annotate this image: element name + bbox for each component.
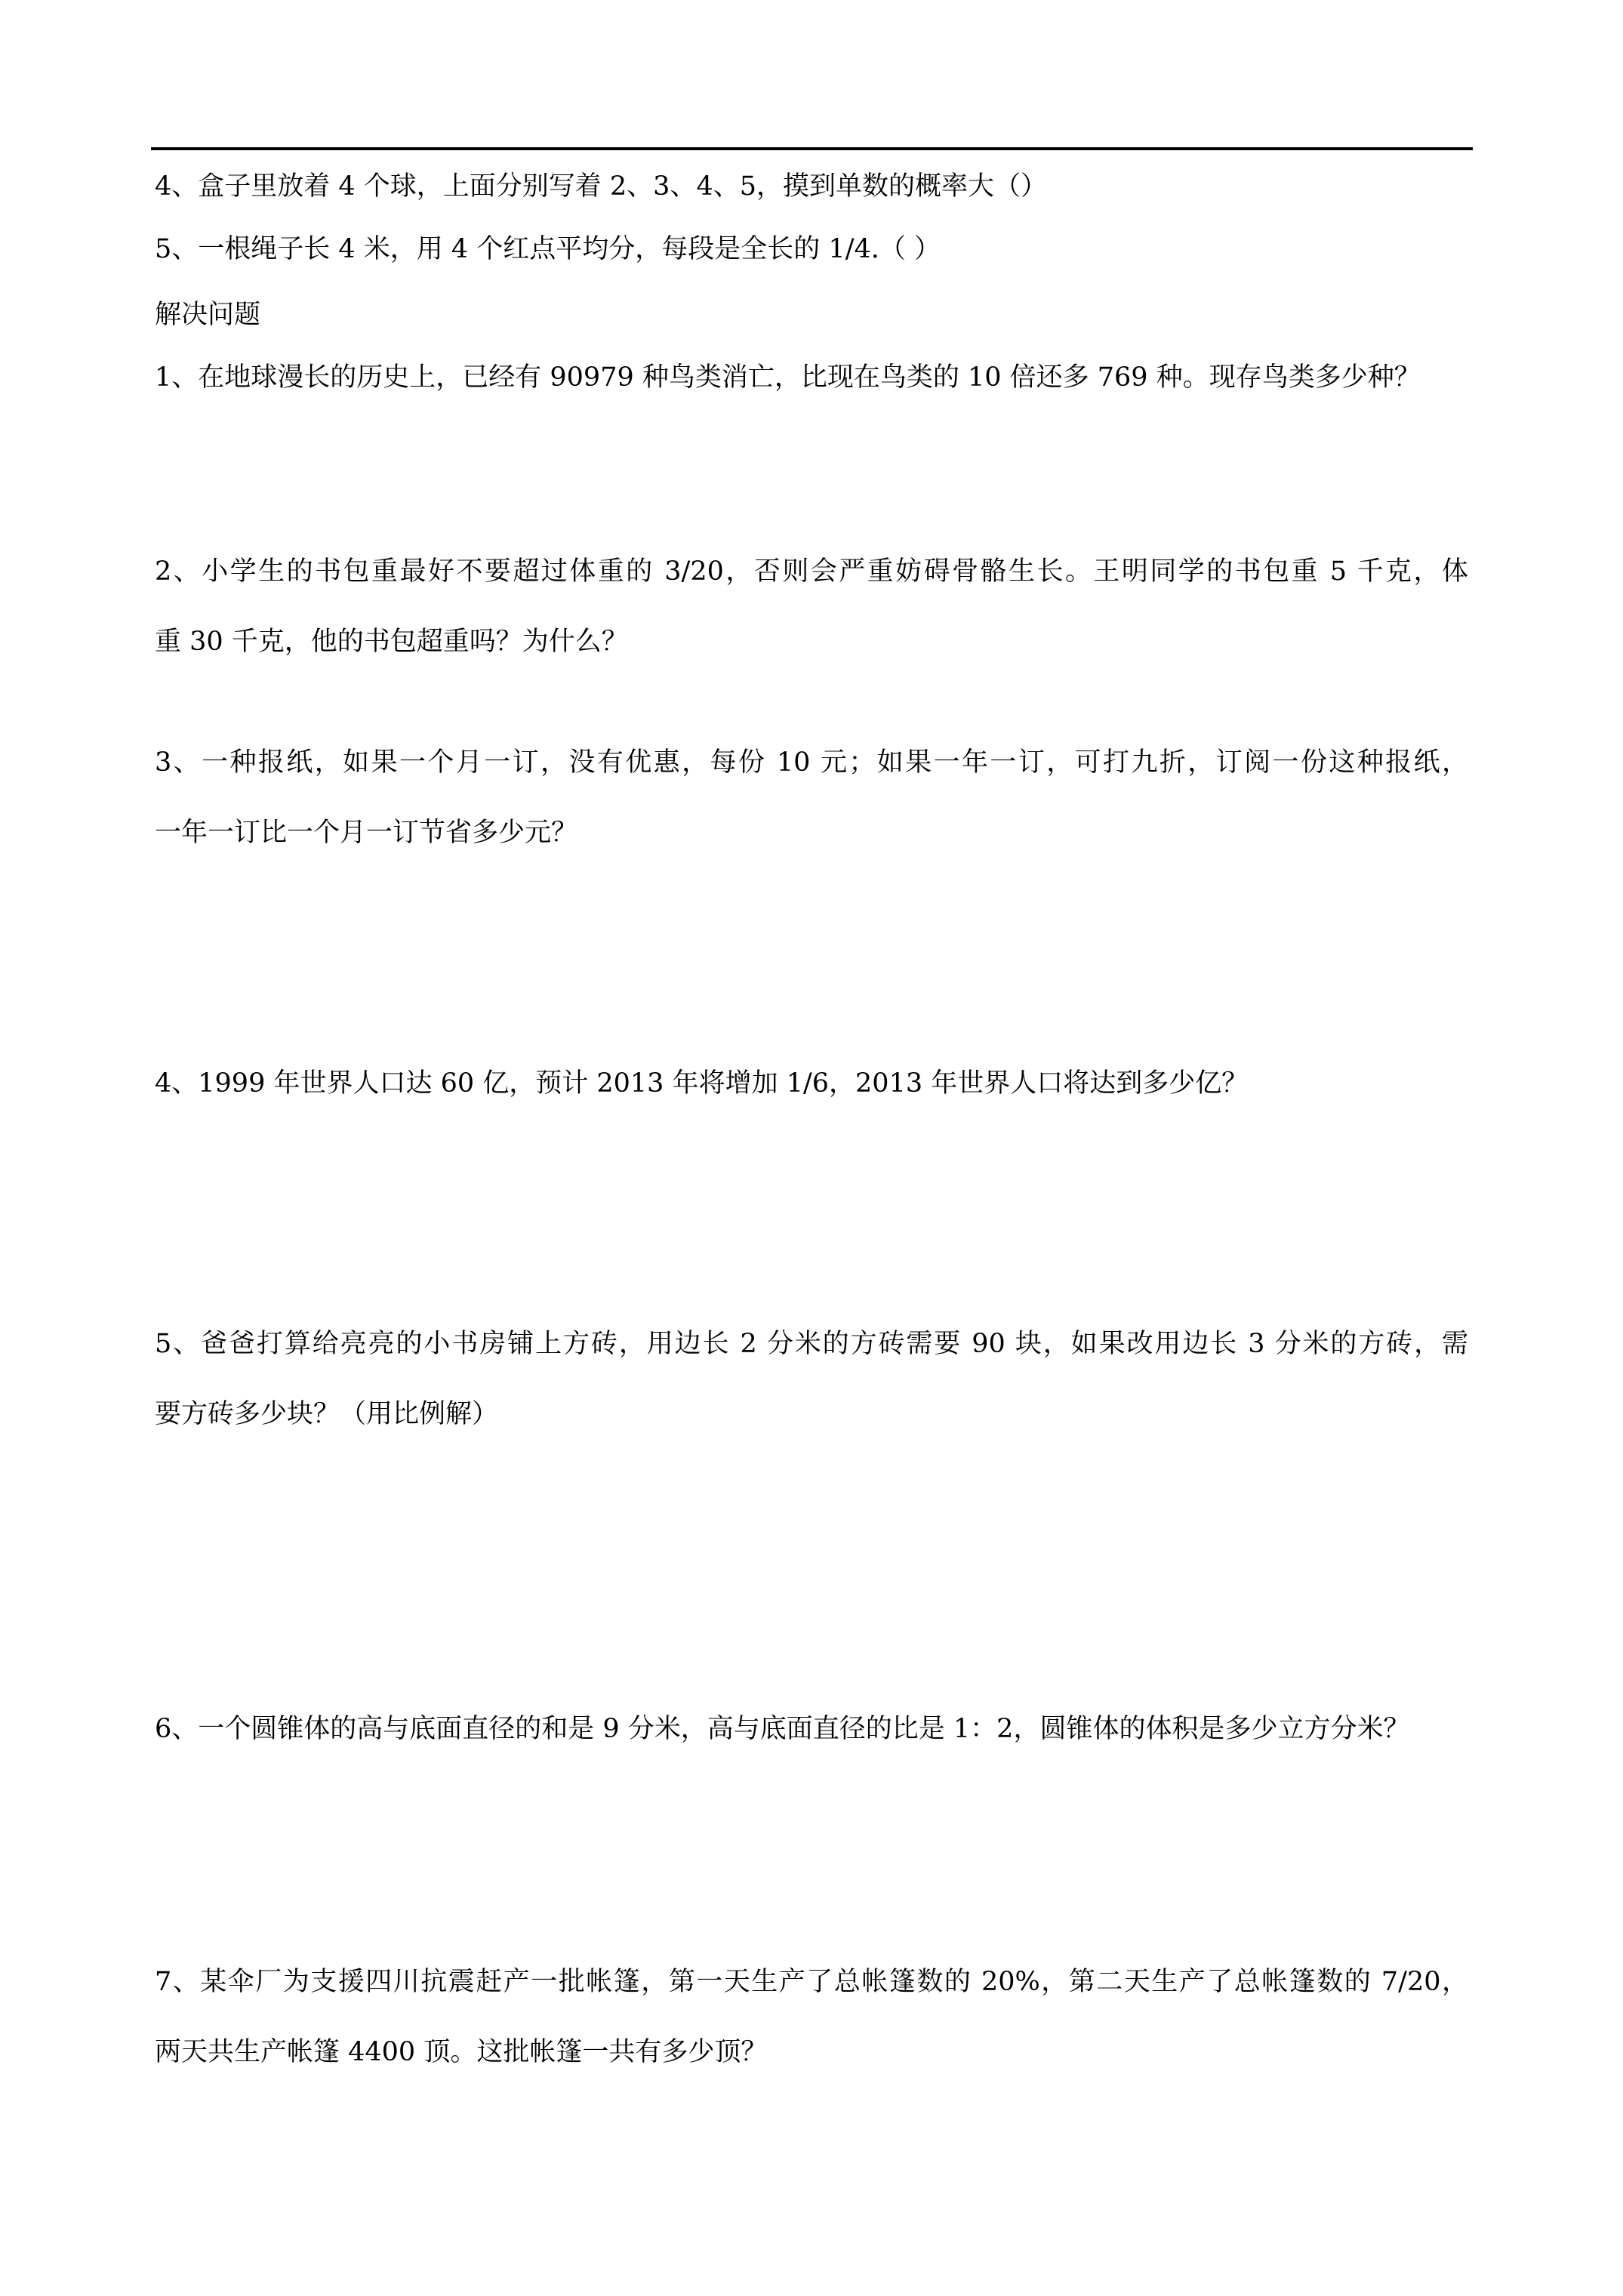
problem-5-line-1: 5、爸爸打算给亮亮的小书房铺上方砖，用边长 2 分米的方砖需要 90 块，如果改… [155,1309,1468,1379]
judgement-item-5: 5、一根绳子长 4 米，用 4 个红点平均分，每段是全长的 1/4.（ ） [155,214,1468,284]
problem-7-line-2: 两天共生产帐篷 4400 顶。这批帐篷一共有多少顶？ [155,2017,1468,2088]
problem-3-line-2: 一年一订比一个月一订节省多少元？ [155,798,1468,868]
problem-2-line-2: 重 30 千克，他的书包超重吗？为什么？ [155,607,1468,677]
problem-7-line-1: 7、某伞厂为支援四川抗震赶产一批帐篷，第一天生产了总帐篷数的 20%，第二天生产… [155,1947,1468,2017]
problem-2-line-1: 2、小学生的书包重最好不要超过体重的 3/20，否则会严重妨碍骨骼生长。王明同学… [155,537,1468,607]
problem-7: 7、某伞厂为支援四川抗震赶产一批帐篷，第一天生产了总帐篷数的 20%，第二天生产… [155,1947,1468,2088]
problem-5-line-2: 要方砖多少块？（用比例解） [155,1379,1468,1450]
problem-6: 6、一个圆锥体的高与底面直径的和是 9 分米，高与底面直径的比是 1：2，圆锥体… [155,1694,1468,1764]
problem-5: 5、爸爸打算给亮亮的小书房铺上方砖，用边长 2 分米的方砖需要 90 块，如果改… [155,1309,1468,1450]
judgement-item-4: 4、盒子里放着 4 个球，上面分别写着 2、3、4、5，摸到单数的概率大（） [155,152,1468,221]
problem-3-line-1: 3、一种报纸，如果一个月一订，没有优惠，每份 10 元；如果一年一订，可打九折，… [155,728,1468,798]
problem-2: 2、小学生的书包重最好不要超过体重的 3/20，否则会严重妨碍骨骼生长。王明同学… [155,537,1468,677]
problem-3: 3、一种报纸，如果一个月一订，没有优惠，每份 10 元；如果一年一订，可打九折，… [155,728,1468,868]
section-heading: 解决问题 [155,280,1468,350]
problem-4: 4、1999 年世界人口达 60 亿，预计 2013 年将增加 1/6，2013… [155,1049,1468,1118]
problem-1: 1、在地球漫长的历史上，已经有 90979 种鸟类消亡，比现在鸟类的 10 倍还… [155,343,1468,412]
header-rule [151,147,1473,150]
